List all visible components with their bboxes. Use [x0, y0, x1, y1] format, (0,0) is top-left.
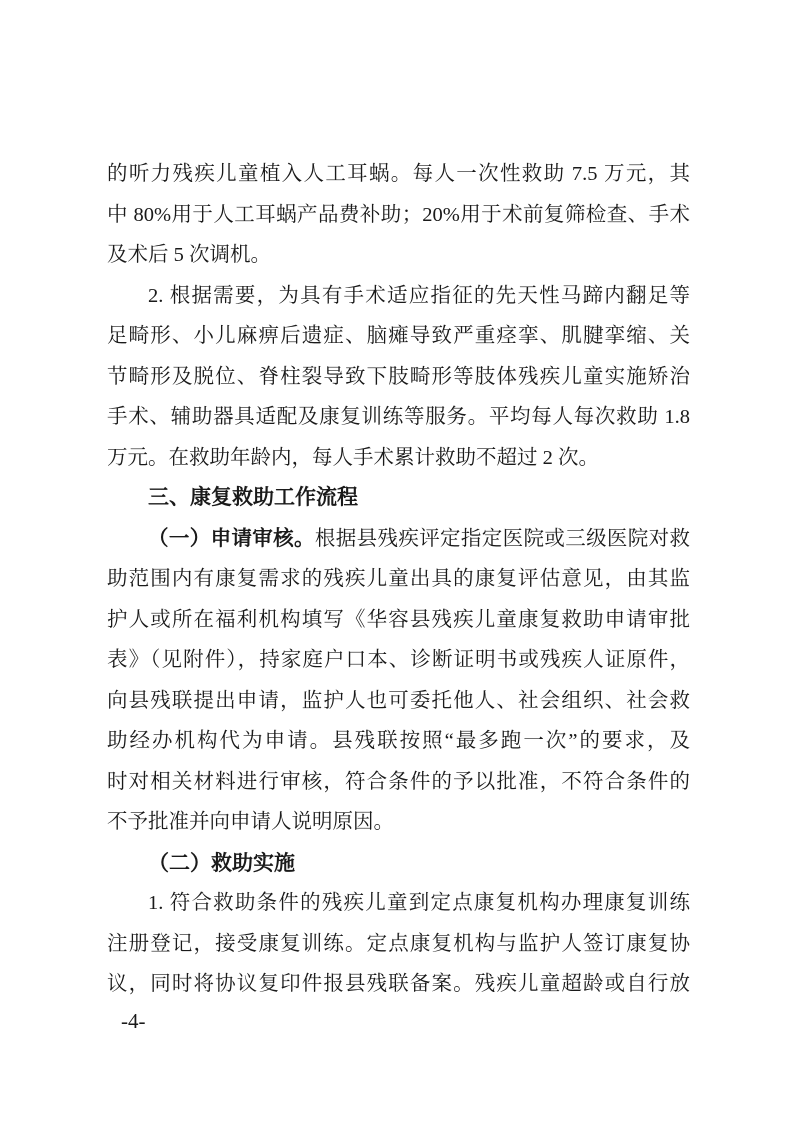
page-number: -4-: [121, 1008, 146, 1034]
document-body: 的听力残疾儿童植入人工耳蜗。每人一次性救助 7.5 万元，其 中 80%用于人工…: [107, 154, 690, 1005]
body-line: 议，同时将协议复印件报县残联备案。残疾儿童超龄或自行放: [107, 964, 690, 1005]
body-line-paragraph-start: 1. 符合救助条件的残疾儿童到定点康复机构办理康复训练: [107, 883, 690, 924]
body-line-paragraph-start: 2. 根据需要，为具有手术适应指征的先天性马蹄内翻足等: [107, 276, 690, 317]
subsection-heading: （二）救助实施: [107, 843, 690, 884]
section-heading: 三、康复救助工作流程: [107, 478, 690, 519]
body-line: 万元。在救助年龄内，每人手术累计救助不超过 2 次。: [107, 438, 690, 479]
body-line: 及术后 5 次调机。: [107, 235, 690, 276]
body-line: 足畸形、小儿麻痹后遗症、脑瘫导致严重痉挛、肌腱挛缩、关: [107, 316, 690, 357]
body-line: 向县残联提出申请，监护人也可委托他人、社会组织、社会救: [107, 681, 690, 722]
body-line: 表》（见附件），持家庭户口本、诊断证明书或残疾人证原件，: [107, 640, 690, 681]
body-line-paragraph-start: （一）申请审核。根据县残疾评定指定医院或三级医院对救: [107, 519, 690, 560]
body-line: 的听力残疾儿童植入人工耳蜗。每人一次性救助 7.5 万元，其: [107, 154, 690, 195]
body-line: 节畸形及脱位、脊柱裂导致下肢畸形等肢体残疾儿童实施矫治: [107, 357, 690, 398]
document-page: 的听力残疾儿童植入人工耳蜗。每人一次性救助 7.5 万元，其 中 80%用于人工…: [0, 0, 793, 1122]
body-line: 注册登记，接受康复训练。定点康复机构与监护人签订康复协: [107, 924, 690, 965]
paragraph-lead-bold: （一）申请审核。: [148, 528, 315, 550]
body-line: 中 80%用于人工耳蜗产品费补助；20%用于术前复筛检查、手术: [107, 195, 690, 236]
paragraph-lead-rest: 根据县残疾评定指定医院或三级医院对救: [315, 528, 690, 550]
body-line: 护人或所在福利机构填写《华容县残疾儿童康复救助申请审批: [107, 600, 690, 641]
body-line: 时对相关材料进行审核，符合条件的予以批准，不符合条件的: [107, 762, 690, 803]
body-line: 不予批准并向申请人说明原因。: [107, 802, 690, 843]
body-line: 助经办机构代为申请。县残联按照“最多跑一次”的要求，及: [107, 721, 690, 762]
body-line: 手术、辅助器具适配及康复训练等服务。平均每人每次救助 1.8: [107, 397, 690, 438]
body-line: 助范围内有康复需求的残疾儿童出具的康复评估意见，由其监: [107, 559, 690, 600]
